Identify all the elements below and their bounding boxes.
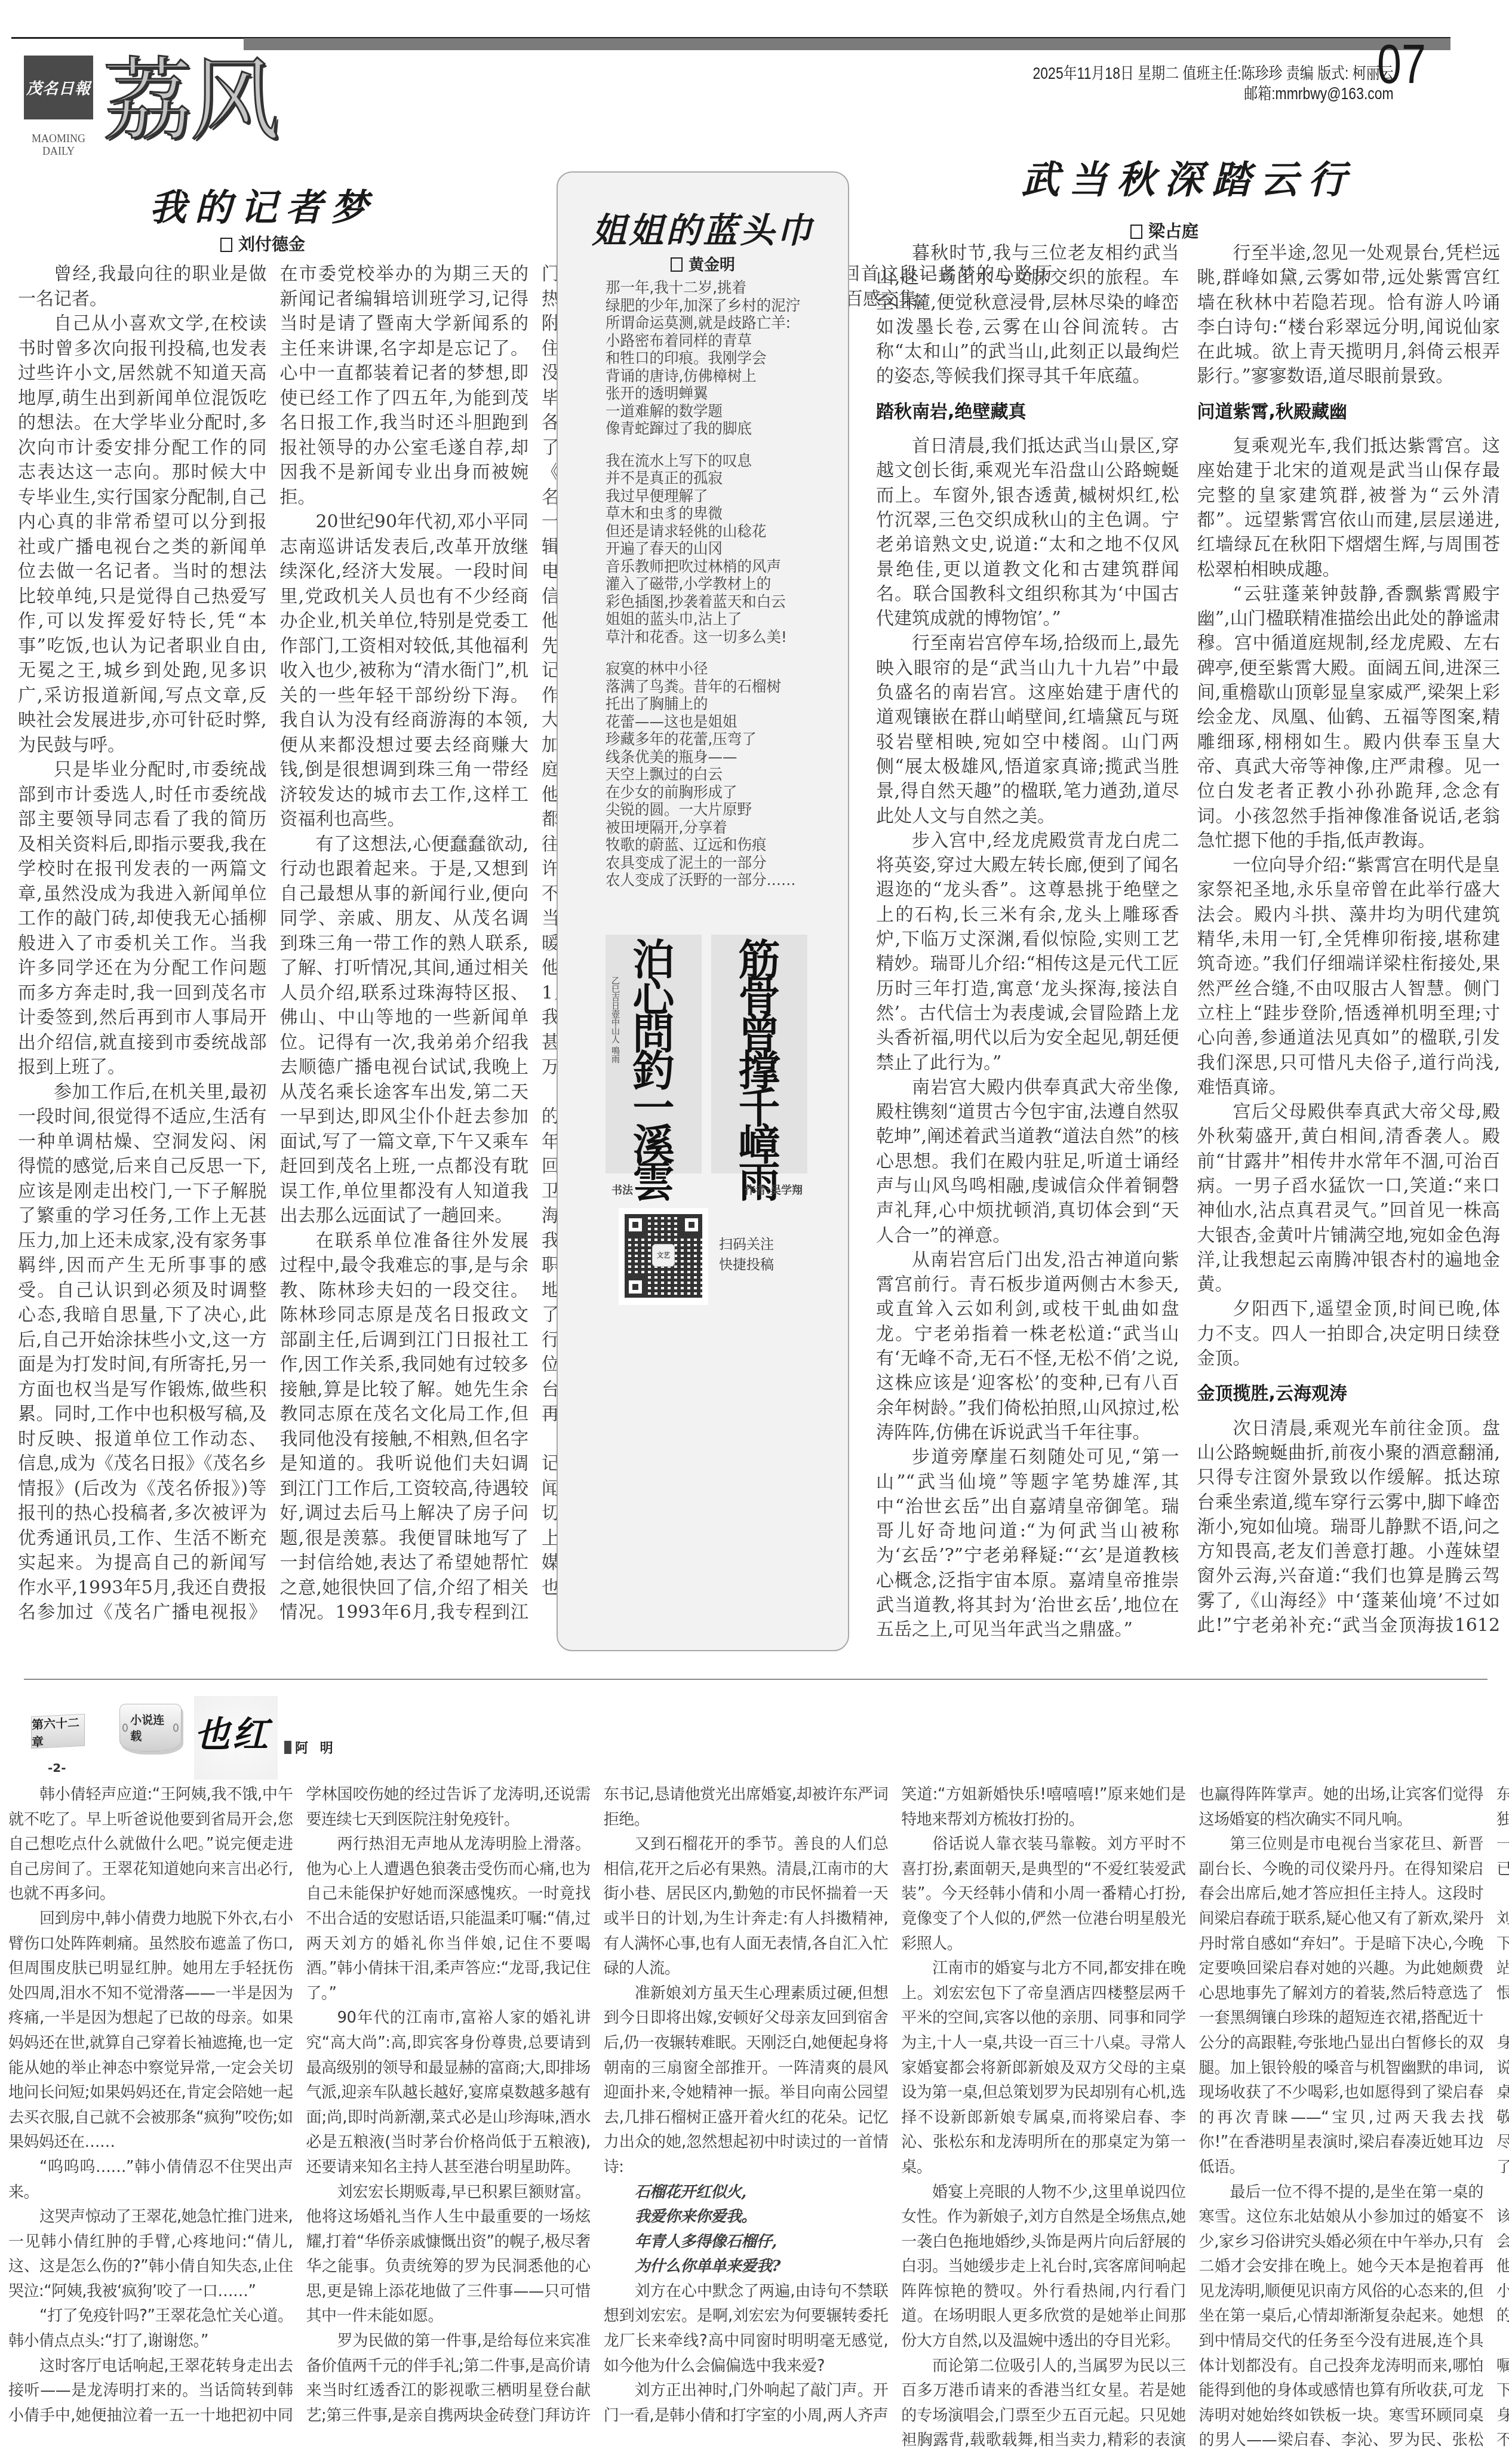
article-title-reporter-dream: 我的记者梦	[143, 178, 382, 231]
poem-line: 姐姐的蓝头巾,沾上了	[606, 610, 809, 628]
qr-center-label: 文艺	[652, 1244, 675, 1267]
paragraph: 又到石榴花开的季节。善良的人们总相信,花开之后必有果熟。清晨,江南市的大街小巷、…	[604, 1832, 888, 1981]
paragraph: 复乘观光车,我们抵达紫霄宫。这座始建于北宋的道观是武当山保存最完整的皇家建筑群,…	[1197, 434, 1501, 582]
poem-line: 背诵的唐诗,仿佛樟树上	[606, 367, 809, 385]
calligraphy-artwork: 乙巳吉日壺中山人 鳴雨 泊心問釣一溪雲 筋骨曾撑千嶂雨	[606, 935, 807, 1173]
paragraph: 行至南岩宫停车场,拾级而上,最先映入眼帘的是“武当山九十九岩”中最负盛名的南岩宫…	[876, 631, 1179, 828]
novel-title: 也红	[194, 1696, 278, 1780]
paragraph: 有了这想法,心便蠢蠢欲动,行动也跟着起来。于是,又想到自己最想从事的新闻行业,便…	[280, 832, 529, 1228]
poem-author: 黄金明	[689, 256, 735, 274]
article-byline: 梁占庭	[1075, 219, 1254, 242]
poem-line: 灌入了磁带,小学教材上的	[606, 575, 809, 593]
section-subheading: 问道紫霄,秋殿藏幽	[1197, 400, 1501, 424]
poem-line: 绿肥的少年,加深了乡村的泥泞	[606, 297, 809, 315]
paragraph: 90年代的江南市,富裕人家的婚礼讲究“高大尚”:高,即宾客身份尊贵,总要请到最高…	[306, 2006, 590, 2180]
poem-line: 线条优美的瓶身——	[606, 748, 809, 766]
article-body-reporter-dream: 曾经,我最向往的职业是做一名记者。自己从小喜欢文学,在校读书时曾多次向报刊投稿,…	[18, 262, 528, 1647]
paragraph: 俗话说人靠衣装马靠鞍。刘方平时不喜打扮,素面朝天,是典型的“不爱红装爱武装”。今…	[901, 1832, 1185, 1956]
qr-code-icon: 文艺	[625, 1214, 702, 1298]
verse-line: 年青人多得像石榴仔,	[604, 2230, 888, 2255]
paragraph: 第三位则是市电视台当家花旦、新晋副台长、今晚的司仪梁丹丹。在得知梁启春会出席后,…	[1199, 1832, 1483, 2180]
paragraph: 刘宏宏回过神,迟疑地喝下一杯。接着该刘方敬了,她却只是莞尔一笑:“抱歉,我不会喝…	[1496, 2180, 1509, 2330]
section-title: 荔风	[103, 50, 277, 152]
poem-line: 我过早便理解了	[606, 487, 809, 505]
calligraphy-caption: 书法 作者:吴学翔	[611, 1182, 803, 1197]
poem-stanza: 寂寞的林中小径落满了鸟粪。昔年的石榴树托出了胸脯上的花蕾——这也是姐姐珍藏多年的…	[606, 660, 809, 889]
ring-icon	[173, 1723, 179, 1732]
paragraph: 江南市的婚宴与北方不同,都安排在晚上。刘宏宏包下了帝皇酒店四楼整层两千平米的空间…	[901, 1956, 1185, 2180]
poem-line: 开遍了春天的山冈	[606, 540, 809, 558]
masthead-band	[244, 38, 1450, 50]
paragraph: 自己从小喜欢文学,在校读书时曾多次向报刊投稿,也发表过些许小文,居然就不知道天高…	[18, 311, 267, 757]
poem-line: 小路密布着同样的青草	[606, 332, 809, 350]
paragraph: “云驻蓬莱钟鼓静,香飘紫霄殿宇幽”,山门楹联精准描绘出此处的静谧肃穆。宫中循道庭…	[1197, 582, 1501, 853]
poem-line: 天空上飘过的白云	[606, 766, 809, 784]
novel-body: 韩小倩轻声应道:“王阿姨,我不饿,中午就不吃了。早上听爸说他要到省局开会,您自己…	[8, 1783, 1483, 2457]
section-subheading: 踏秋南岩,绝壁藏真	[876, 400, 1179, 424]
paragraph: 暮秋时节,我与三位老友相约武当山,赴一场山水与文脉交织的旅程。车至山麓,便觉秋意…	[876, 241, 1179, 389]
poem-line: 所谓命运莫测,就是歧路亡羊:	[606, 314, 809, 332]
byline-box-icon	[220, 238, 232, 252]
poem-line: 牧歌的蔚蓝、辽远和伤痕	[606, 836, 809, 854]
paragraph: 夕阳西下,遥望金顶,时间已晚,体力不支。四人一拍即合,决定明日续登金顶。	[1197, 1296, 1501, 1371]
calligraphy-inscription: 乙巳吉日壺中山人 鳴雨	[610, 976, 620, 1062]
byline-box-icon	[1130, 225, 1142, 239]
qr-finder-icon	[681, 1214, 702, 1236]
date-line: 2025年11月18日 星期二 值班主任:陈珍珍 责编 版式: 柯丽云	[1033, 63, 1394, 84]
poem-line: 我在流水上写下的叹息	[606, 452, 809, 470]
poem-title: 姐姐的蓝头巾	[558, 202, 848, 253]
section-divider	[24, 1679, 1488, 1680]
paragraph: 从南岩宫后门出发,沿古神道向紫霄宫前行。青石板步道两侧古木参天,或直耸入云如利剑…	[876, 1248, 1179, 1445]
article-body-wudang: 暮秋时节,我与三位老友相约武当山,赴一场山水与文脉交织的旅程。车至山麓,便觉秋意…	[876, 241, 1500, 1650]
poem-stanza: 那一年,我十二岁,挑着绿肥的少年,加深了乡村的泥泞所谓命运莫测,就是歧路亡羊:小…	[606, 279, 809, 438]
poem-line: 但还是请求轻佻的山稔花	[606, 523, 809, 540]
calligraphy-scroll-left: 乙巳吉日壺中山人 鳴雨 泊心問釣一溪雲	[606, 935, 702, 1173]
poem-line: 一道难解的数学题	[606, 403, 809, 420]
novel-author-name: 阿 明	[295, 1741, 337, 1756]
poem-line: 并不是真正的孤寂	[606, 469, 809, 487]
poem-line: 落满了鸟粪。昔年的石榴树	[606, 678, 809, 696]
novel-author: 阿 明	[284, 1738, 337, 1756]
novel-text: 韩小倩轻声应道:“王阿姨,我不饿,中午就不吃了。早上听爸说他要到省局开会,您自己…	[8, 1783, 1509, 2457]
paragraph: 婚宴上亮眼的人物不少,这里单说四位女性。作为新娘子,刘方自然是全场焦点,她一袭白…	[901, 2180, 1185, 2354]
poem-line: 花蕾——这也是姐姐	[606, 713, 809, 731]
chapter-tag: 第六十二章	[31, 1714, 85, 1749]
issue-meta: 2025年11月18日 星期二 值班主任:陈珍珍 责编 版式: 柯丽云 邮箱:m…	[1033, 63, 1394, 104]
poem-byline: 黄金明	[558, 253, 848, 275]
paragraph: 当新人敬酒轮到寒雪跟前,她“呼”地起身:“人生就结一次婚,要喝就喝个痛快!”边说…	[1496, 2006, 1509, 2180]
paragraph: 回到房中,韩小倩费力地脱下外衣,右小臂伤口处阵阵刺痛。虽然胶布遮盖了伤口,但周围…	[8, 1907, 293, 2155]
serial-banner: 小说连载	[119, 1704, 182, 1752]
qr-finder-icon	[625, 1214, 646, 1236]
poem-line: 托出了胸脯上的	[606, 695, 809, 713]
paragraph: 步道旁摩崖石刻随处可见,“第一山”“武当仙境”等题字笔势雄浑,其中“治世玄岳”出…	[876, 1445, 1179, 1642]
paragraph: 婚宴进行到敬酒环节时,已换上旗袍的刘方和红光满面的刘宏宏在伴郎伴娘陪同下,敬过亲…	[1496, 1882, 1509, 2006]
qr-code[interactable]: 文艺	[619, 1208, 708, 1305]
article-text: 暮秋时节,我与三位老友相约武当山,赴一场山水与文脉交织的旅程。车至山麓,便觉秋意…	[876, 241, 1509, 1650]
email-line: 邮箱:mmrbwy@163.com	[1033, 84, 1394, 104]
verse-line: 为什么你单单来爱我?	[604, 2254, 888, 2279]
paragraph: 只是毕业分配时,市委统战部到市计委选人,时任市委统战部主要领导同志看了我的简历及…	[18, 757, 267, 1080]
logo-chinese: 茂名日報	[26, 76, 91, 99]
paragraph: 步入宫中,经龙虎殿赏青龙白虎二将英姿,穿过大殿左转长廊,便到了闻名遐迩的“龙头香…	[876, 828, 1179, 1075]
poem-line: 张开的透明蝉翼	[606, 385, 809, 403]
qr-instructions: 扫码关注 快捷投稿	[719, 1234, 774, 1275]
poem-stanza: 我在流水上写下的叹息并不是真正的孤寂我过早便理解了草木和虫豸的卑微但还是请求轻佻…	[606, 452, 809, 646]
qr-finder-icon	[625, 1276, 646, 1298]
caption-type: 书法	[611, 1182, 633, 1197]
paragraph: 韩小倩轻声应道:“王阿姨,我不饿,中午就不吃了。早上听爸说他要到省局开会,您自己…	[8, 1783, 293, 1907]
newspaper-logo: 茂名日報	[24, 56, 93, 119]
ring-icon	[122, 1723, 128, 1732]
paragraph: 两行热泪无声地从龙涛明脸上滑落。他为心上人遭遇色狼袭击受伤而心痛,也为自己未能保…	[306, 1832, 590, 2006]
qr-line-1: 扫码关注	[719, 1234, 774, 1255]
paragraph: 准新娘刘方虽天生心理素质过硬,但想到今日即将出嫁,安顿好父母亲友回到宿舍后,仍一…	[604, 1981, 888, 2180]
poem-line: 珍藏多年的花蕾,压弯了	[606, 730, 809, 748]
poem-line: 彩色插图,抄袭着蓝天和白云	[606, 593, 809, 611]
paragraph: 一位向导介绍:“紫霄宫在明代是皇家祭祀圣地,永乐皇帝曾在此举行盛大法会。殿内斗拱…	[1197, 853, 1501, 1099]
calligraphy-scroll-right: 筋骨曾撑千嶂雨	[711, 935, 807, 1173]
caption-author: 作者:吴学翔	[745, 1182, 803, 1197]
poem-line: 像青蛇蹿过了我的脚底	[606, 420, 809, 438]
article-title-wudang: 武当秋深踏云行	[932, 149, 1445, 204]
poem-line: 农具变成了泥土的一部分	[606, 854, 809, 872]
paragraph: 20世纪90年代初,邓小平同志南巡讲话发表后,改革开放继续深化,经济大发展。一段…	[280, 509, 529, 832]
paragraph: 刘方在心中默念了两遍,由诗句不禁联想到刘宏宏。是啊,刘宏宏为何要辗转委托龙厂长来…	[604, 2279, 888, 2379]
author-name: 梁占庭	[1148, 222, 1198, 241]
author-name: 刘付德金	[238, 235, 305, 254]
paragraph: 刘宏宏长期贩毒,早已积累巨额财富。他将这场婚礼当作人生中最重要的一场炫耀,打着“…	[306, 2180, 590, 2330]
poem-line: 寂寞的林中小径	[606, 660, 809, 678]
author-marker-icon	[284, 1741, 291, 1754]
chapter-part: -2-	[48, 1761, 66, 1775]
section-subheading: 金顶揽胜,云海观涛	[1197, 1381, 1501, 1406]
paragraph: 曾经,我最向往的职业是做一名记者。	[18, 262, 267, 311]
logo-english: MAOMING DAILY	[24, 133, 93, 158]
poem-line: 草木和虫豸的卑微	[606, 505, 809, 523]
paragraph: 南岩宫大殿内供奉真武大帝坐像,殿柱镌刻“道贯古今包宇宙,法遵自然驭乾坤”,阐述着…	[876, 1075, 1179, 1248]
paragraph: “呜呜呜……”韩小倩倩忍不住哭出声来。	[8, 2155, 293, 2205]
paragraph: 这哭声惊动了王翠花,她急忙推门进来,一见韩小倩红肿的手臂,心疼地问:“倩儿,这、…	[8, 2205, 293, 2304]
article-byline: 刘付德金	[143, 232, 382, 256]
poem-line: 和牲口的印痕。我刚学会	[606, 349, 809, 367]
poem-body: 那一年,我十二岁,挑着绿肥的少年,加深了乡村的泥泞所谓命运莫测,就是歧路亡羊:小…	[606, 279, 809, 904]
verse-line: 我爱你来你爱我。	[604, 2205, 888, 2230]
poem-line: 那一年,我十二岁,挑着	[606, 279, 809, 297]
paragraph: “打了免疫针吗?”王翠花急忙关心道。韩小倩点点头:“打了,谢谢您。”	[8, 2304, 293, 2354]
paragraph: 行至半途,忽见一处观景台,凭栏远眺,群峰如黛,云雾如带,远处紫霄宫红墙在秋林中若…	[1197, 241, 1501, 389]
paragraph: 宫后父母殿供奉真武大帝父母,殿外秋菊盛开,黄白相间,清香袭人。殿前“甘露井”相传…	[1197, 1099, 1501, 1296]
poem-line: 被田埂隔开,分享着	[606, 819, 809, 837]
serial-banner-label: 小说连载	[130, 1712, 170, 1744]
poem-line: 草汁和花香。这一切多么美!	[606, 628, 809, 646]
poem-line: 农人变成了沃野的一部分……	[606, 871, 809, 889]
verse-line: 石榴花开红似火,	[604, 2180, 888, 2205]
qr-line-2: 快捷投稿	[719, 1255, 774, 1275]
poem-line: 尖锐的圆。一大片原野	[606, 801, 809, 819]
paragraph: 首日清晨,我们抵达武当山景区,穿越文创长街,乘观光车沿盘山公路蜿蜒而上。车窗外,…	[876, 434, 1179, 631]
poem-line: 音乐教师把吹过林梢的风声	[606, 558, 809, 576]
poem-panel: 姐姐的蓝头巾 黄金明 那一年,我十二岁,挑着绿肥的少年,加深了乡村的泥泞所谓命运…	[557, 171, 849, 1651]
byline-box-icon	[671, 257, 683, 272]
poem-line: 在少女的前胸形成了	[606, 784, 809, 801]
page-number: 07	[1377, 35, 1426, 94]
